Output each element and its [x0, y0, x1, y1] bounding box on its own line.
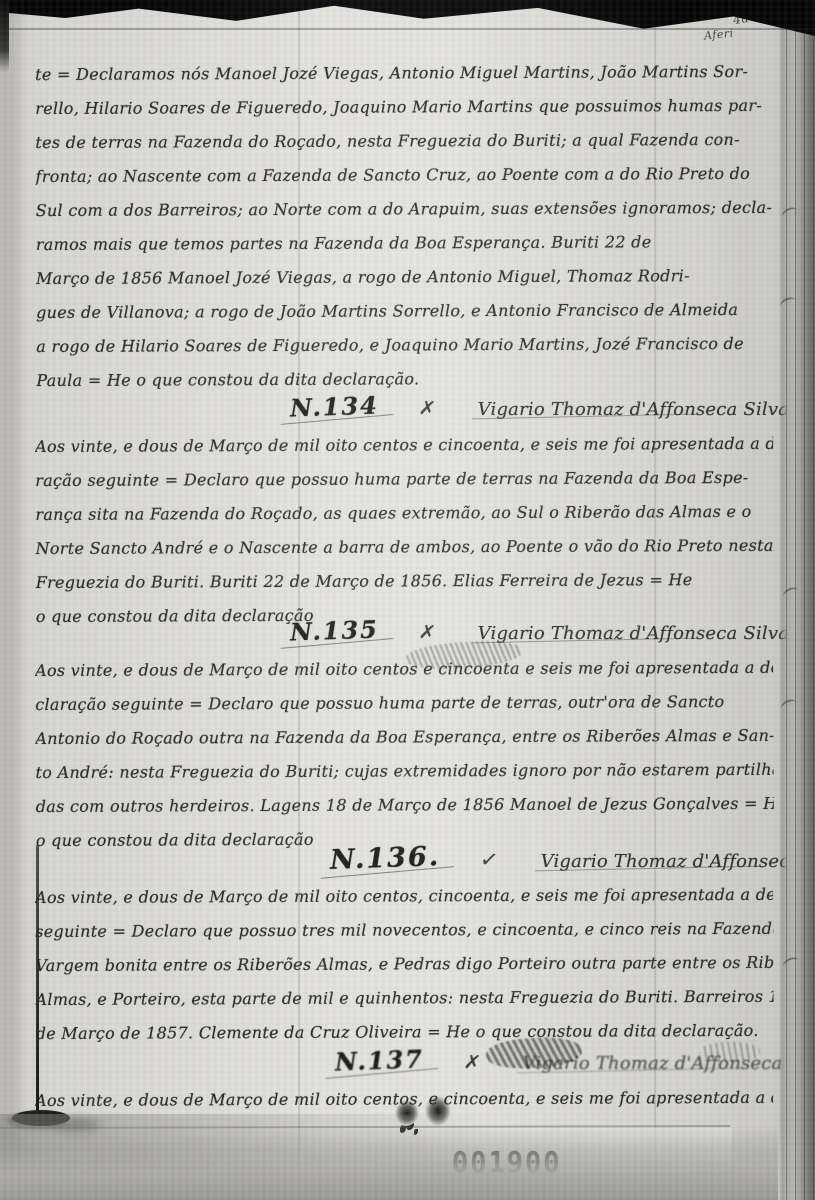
- handwritten-line: rança sita na Fazenda do Roçado, as quae…: [35, 495, 773, 532]
- binding-crease-line: [36, 845, 39, 1121]
- manuscript-section: te = Declaramos nós Manoel Jozé Viegas, …: [35, 58, 773, 398]
- entry-number: N.135: [290, 614, 380, 646]
- scanned-manuscript-page: te = Declaramos nós Manoel Jozé Viegas, …: [0, 0, 815, 1200]
- entry-paragraph: te = Declaramos nós Manoel Jozé Viegas, …: [35, 55, 774, 398]
- entry-number: N.134: [290, 390, 380, 422]
- scan-top-edge-line: [0, 28, 815, 30]
- check-mark-icon: ✗: [417, 619, 437, 645]
- handwritten-line: rello, Hilario Soares de Figueredo, Joaq…: [35, 89, 773, 126]
- scan-shadow: [0, 1126, 778, 1200]
- handwritten-line: to André: nesta Freguezia do Buriti; cuj…: [35, 753, 773, 790]
- entry-number: N.136.: [329, 841, 440, 876]
- handwritten-line: seguinte = Declaro que possuo tres mil n…: [35, 912, 773, 949]
- page-edge-mark: [781, 585, 800, 602]
- registrar-name: Vigario Thomaz d'Affonseca Silva: [478, 623, 790, 644]
- book-binding-edge: [778, 0, 815, 1200]
- page-edge-mark: [780, 205, 799, 222]
- handwritten-line: te = Declaramos nós Manoel Jozé Viegas, …: [35, 55, 773, 92]
- handwritten-line: claração seguinte = Declaro que possuo h…: [35, 685, 773, 722]
- handwritten-line: das com outros herdeiros. Lagens 18 de M…: [36, 787, 774, 824]
- registrar-name: Vigario Thomaz d'Affonseca Silva: [541, 851, 815, 872]
- entry-paragraph: Aos vinte, e dous de Março de mil oito c…: [35, 427, 774, 634]
- manuscript-section: N.135✗Vigario Thomaz d'Affonseca SilvaAo…: [35, 616, 773, 858]
- handwritten-line: ração seguinte = Declaro que possuo huma…: [35, 461, 773, 498]
- page-edge-mark: [779, 697, 798, 714]
- entry-paragraph: Aos vinte, e dous de Março de mil oito c…: [35, 651, 774, 858]
- entry-number: N.137: [335, 1044, 425, 1076]
- handwritten-line: Almas, e Porteiro, esta parte de mil e q…: [35, 980, 773, 1017]
- manuscript-section: N.136.✓Vigario Thomaz d'Affonseca SilvaA…: [35, 843, 773, 1051]
- handwritten-line: gues de Villanova; a rogo de João Martin…: [36, 293, 774, 330]
- check-mark-icon: ✓: [478, 847, 500, 874]
- scan-left-edge: [0, 0, 9, 72]
- handwritten-line: Norte Sancto André e o Nascente a barra …: [35, 529, 773, 566]
- registrar-name: Vigario Thomaz d'Affonseca Silva: [478, 399, 790, 420]
- handwritten-line: Vargem bonita entre os Riberões Almas, e…: [35, 946, 773, 983]
- handwritten-line: fronta; ao Nascente com a Fazenda de San…: [35, 157, 773, 194]
- entry-heading: N.135✗Vigario Thomaz d'Affonseca Silva: [35, 616, 773, 654]
- handwritten-line: ramos mais que temos partes na Fazenda d…: [36, 225, 774, 262]
- entry-heading: N.137✗Vigario Thomaz d'Affonseca Silva: [35, 1046, 773, 1084]
- entry-heading: N.136.✓Vigario Thomaz d'Affonseca Silva: [35, 843, 773, 881]
- page-edge-mark: [778, 295, 797, 312]
- handwritten-line: Aos vinte, e dous de Março de mil oito c…: [35, 427, 773, 464]
- entry-heading: N.134✗Vigario Thomaz d'Affonseca Silva: [35, 392, 773, 430]
- ink-smudge: [700, 1042, 760, 1062]
- manuscript-section: N.134✗Vigario Thomaz d'Affonseca SilvaAo…: [35, 392, 773, 634]
- handwritten-line: Aos vinte, e dous de Março de mil oito c…: [35, 651, 773, 688]
- paper: te = Declaramos nós Manoel Jozé Viegas, …: [0, 0, 815, 1200]
- check-mark-icon: ✗: [462, 1049, 482, 1075]
- page-edge-mark: [781, 955, 800, 972]
- entry-paragraph: Aos vinte, e dous de Março de mil oito c…: [35, 878, 774, 1051]
- handwritten-line: tes de terras na Fazenda do Roçado, nest…: [35, 123, 773, 160]
- handwritten-line: a rogo de Hilario Soares de Figueredo, e…: [36, 327, 774, 364]
- handwritten-line: Antonio do Roçado outra na Fazenda da Bo…: [35, 719, 773, 756]
- handwritten-line: Sul com a dos Barreiros; ao Norte com a …: [36, 191, 774, 228]
- handwritten-line: Aos vinte, e dous de Março de mil oito c…: [35, 878, 773, 915]
- handwritten-line: Freguezia do Buriti. Buriti 22 de Março …: [36, 563, 774, 600]
- check-mark-icon: ✗: [417, 395, 437, 421]
- handwritten-line: Março de 1856 Manoel Jozé Viegas, a rogo…: [36, 259, 774, 296]
